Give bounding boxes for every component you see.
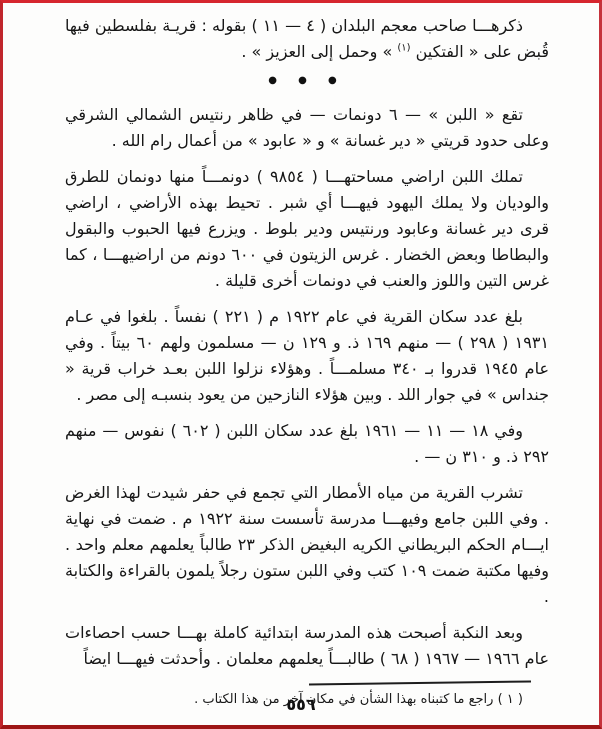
footnote-ref-marker: (١)	[397, 43, 410, 54]
paragraph-land-area: تملك اللبن اراضي مساحتهـــا ( ٩٨٥٤ ) دون…	[65, 164, 549, 294]
paragraph-location: تقع « اللبن » — ٦ دونمات — في ظاهر رنتيس…	[65, 102, 549, 154]
paragraph-yaqut-citation: ذكرهـــا صاحب معجم البلدان ( ٤ — ١١ ) بق…	[65, 13, 549, 65]
paragraph-population: بلغ عدد سكان القرية في عام ١٩٢٢ م ( ٢٢١ …	[65, 304, 549, 408]
paragraph-post-nakba-school: وبعد النكبة أصبحت هذه المدرسة ابتدائية ك…	[65, 620, 549, 672]
paragraph-water-and-school: تشرب القرية من مياه الأمطار التي تجمع في…	[65, 480, 549, 610]
book-page: ذكرهـــا صاحب معجم البلدان ( ٤ — ١١ ) بق…	[0, 0, 602, 729]
citation-text-after: » وحمل إلى العزيز » .	[241, 42, 397, 61]
footnote-divider	[309, 680, 531, 685]
page-number: ٥٥٦	[3, 695, 599, 714]
paragraph-census-1961: وفي ١٨ — ١١ — ١٩٦١ بلغ عدد سكان اللبن ( …	[65, 418, 549, 470]
section-separator-dots: ● ● ●	[65, 75, 549, 86]
text-column: ذكرهـــا صاحب معجم البلدان ( ٤ — ١١ ) بق…	[65, 13, 549, 709]
